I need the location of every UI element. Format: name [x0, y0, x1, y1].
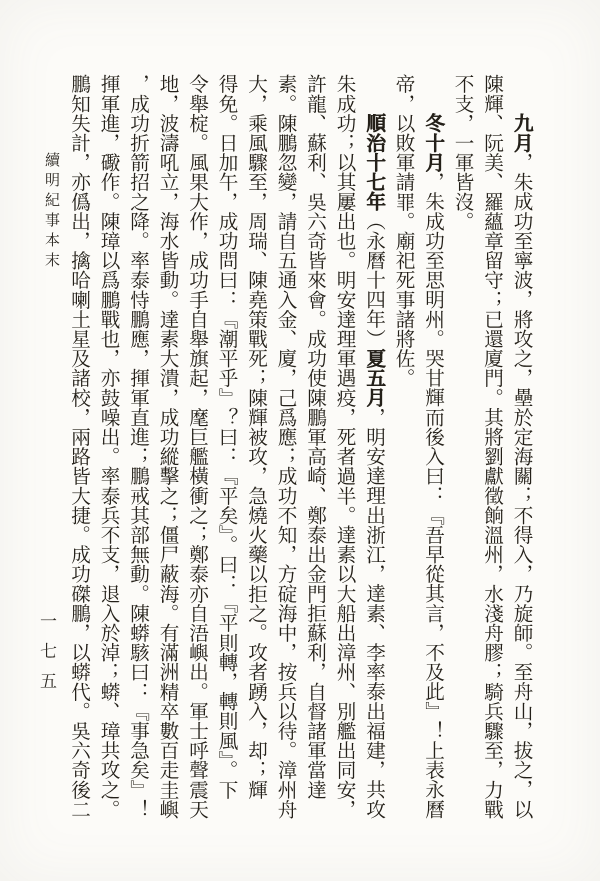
text-column: ，成功折箭招之降。率泰恃鵬應，揮軍直進；鵬戒其部無動。陳蟒駭曰：『事急矣』！: [122, 74, 152, 824]
date-heading: 夏五月: [363, 348, 384, 407]
text-column: 不支，一軍皆沒。: [447, 74, 477, 824]
text-column: 順治十七年（永曆十四年）夏五月，明安達理出浙江，達素、李率泰出福建，共攻: [358, 74, 388, 824]
text-column: 帝，以敗軍請罪。廟祀死事諸將佐。: [388, 74, 418, 824]
text-column: 得免。日加午，成功問曰：『潮平乎』？曰：『平矣』。曰：『平則轉，轉則風』。下: [211, 74, 241, 824]
text-run: 得免。日加午，成功問曰：『潮平乎』？曰：『平矣』。曰：『平則轉，轉則風』。下: [215, 74, 236, 799]
text-column: 陳輝、阮美、羅蘊章留守；已還廈門。其將劉獻徵餉溫州，水淺舟膠；騎兵驟至，力戰: [476, 74, 506, 824]
text-column: 素。陳鵬忽變，請自五通入金、廈，己爲應；成功不知，方碇海中，按兵以待。漳州舟: [270, 74, 300, 824]
text-run: 地，波濤吼立，海水皆動。達素大潰，成功縱擊之；僵尸蔽海。有滿洲精卒數百走圭嶼: [156, 74, 177, 819]
text-run: 素。陳鵬忽變，請自五通入金、廈，己爲應；成功不知，方碇海中，按兵以待。漳州舟: [274, 74, 295, 819]
text-run: （永曆十四年）: [363, 211, 384, 348]
text-run: 朱成功；以其屢出也。明安達理軍遇疫，死者過半。達素以大船出漳州、別艦出同安，: [333, 74, 354, 819]
text-column: 地，波濤吼立，海水皆動。達素大潰，成功縱擊之；僵尸蔽海。有滿洲精卒數百走圭嶼: [152, 74, 182, 824]
text-run: 令舉椗。風果大作，成功手自舉旗起，麾巨艦橫衝之；鄭泰亦自浯嶼出。軍士呼聲震天: [186, 74, 207, 819]
main-text-block: 九月，朱成功至寧波，將攻之，壘於定海關；不得入，乃旋師。至舟山，拔之，以陳輝、阮…: [62, 74, 535, 824]
text-column: 令舉椗。風果大作，成功手自舉旗起，麾巨艦橫衝之；鄭泰亦自浯嶼出。軍士呼聲震天: [181, 74, 211, 824]
text-column: 朱成功；以其屢出也。明安達理軍遇疫，死者過半。達素以大船出漳州、別艦出同安，: [329, 74, 359, 824]
date-heading: 冬十月: [422, 113, 443, 172]
text-run: ，朱成功至寧波，將攻之，壘於定海關；不得入，乃旋師。至舟山，拔之，以: [510, 152, 531, 818]
text-run: 不支，一軍皆沒。: [451, 74, 472, 231]
text-column: 冬十月，朱成功至思明州。哭甘輝而後入曰：『吾早從其言，不及此』！上表永曆: [417, 74, 447, 824]
text-column: 九月，朱成功至寧波，將攻之，壘於定海關；不得入，乃旋師。至舟山，拔之，以: [506, 74, 536, 824]
text-column: 鵬知失計，亦僞出，擒哈喇土星及諸校，兩路皆大捷。成功磔鵬，以蟒代。吳六奇後二: [63, 74, 93, 824]
text-run: 陳輝、阮美、羅蘊章留守；已還廈門。其將劉獻徵餉溫州，水淺舟膠；騎兵驟至，力戰: [481, 74, 502, 819]
text-run: ，朱成功至思明州。哭甘輝而後入曰：『吾早從其言，不及此』！上表永曆: [422, 172, 443, 819]
spine-title: 續明紀事本末: [41, 152, 62, 272]
text-run: ，明安達理出浙江，達素、李率泰出福建，共攻: [363, 407, 384, 819]
text-run: 大，乘風驟至，周瑞、陳堯策戰死；陳輝被攻，急燒火藥以拒之。攻者踴入，却；輝: [245, 74, 266, 799]
text-run: 鵬知失計，亦僞出，擒哈喇土星及諸校，兩路皆大捷。成功磔鵬，以蟒代。吳六奇後二: [68, 74, 89, 819]
text-column: 揮軍進，礮作。陳璋以爲鵬戰也，亦鼓噪出。率泰兵不支，退入於淖；蟒、璋共攻之。: [93, 74, 123, 824]
date-heading: 順治十七年: [363, 113, 384, 211]
book-page: 九月，朱成功至寧波，將攻之，壘於定海關；不得入，乃旋師。至舟山，拔之，以陳輝、阮…: [0, 0, 600, 881]
page-number: 一七五: [34, 612, 59, 702]
text-column: 許龍、蘇利、吳六奇皆來會。成功使陳鵬軍高崎、鄭泰出金門拒蘇利，自督諸軍當達: [299, 74, 329, 824]
text-run: 揮軍進，礮作。陳璋以爲鵬戰也，亦鼓噪出。率泰兵不支，退入於淖；蟒、璋共攻之。: [97, 74, 118, 819]
text-run: ，成功折箭招之降。率泰恃鵬應，揮軍直進；鵬戒其部無動。陳蟒駭曰：『事急矣』！: [127, 74, 148, 819]
text-column: 大，乘風驟至，周瑞、陳堯策戰死；陳輝被攻，急燒火藥以拒之。攻者踴入，却；輝: [240, 74, 270, 824]
text-run: 帝，以敗軍請罪。廟祀死事諸將佐。: [392, 74, 413, 388]
date-heading: 九月: [510, 113, 531, 152]
text-run: 許龍、蘇利、吳六奇皆來會。成功使陳鵬軍高崎、鄭泰出金門拒蘇利，自督諸軍當達: [304, 74, 325, 799]
